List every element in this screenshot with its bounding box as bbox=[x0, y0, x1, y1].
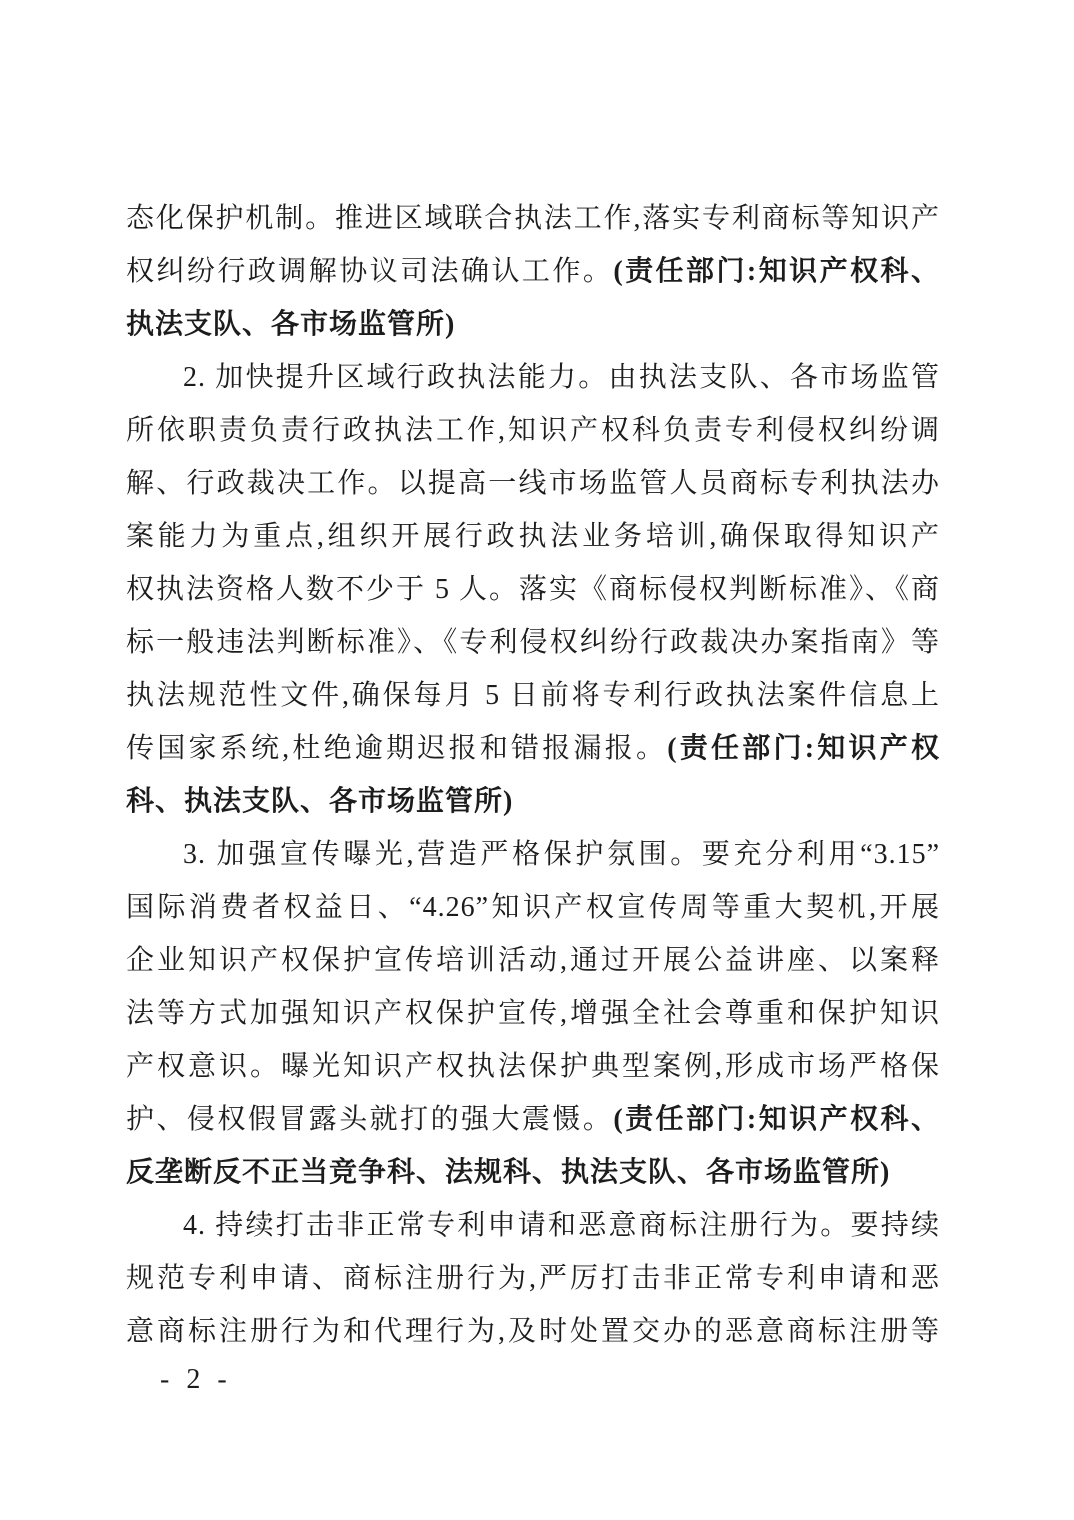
body-text: 执法规范性文件,确保每月 5 日前将专利行政执法案件信息上 bbox=[126, 680, 940, 711]
text-line: 案能力为重点,组织开展行政执法业务培训,确保取得知识产 bbox=[126, 510, 940, 563]
text-line: 态化保护机制。推进区域联合执法工作,落实专利商标等知识产 bbox=[126, 192, 940, 245]
body-text: 2. 加快提升区域行政执法能力。由执法支队、各市场监管 bbox=[183, 362, 940, 393]
text-line: 科、执法支队、各市场监管所) bbox=[126, 775, 940, 828]
body-text: 规范专利申请、商标注册行为,严厉打击非正常专利申请和恶 bbox=[126, 1263, 940, 1294]
text-line: 护、侵权假冒露头就打的强大震慑。(责任部门:知识产权科、 bbox=[126, 1093, 940, 1146]
text-line: 执法规范性文件,确保每月 5 日前将专利行政执法案件信息上 bbox=[126, 669, 940, 722]
text-line: 执法支队、各市场监管所) bbox=[126, 298, 940, 351]
body-text: 护、侵权假冒露头就打的强大震慑。 bbox=[126, 1104, 613, 1135]
text-line: 意商标注册行为和代理行为,及时处置交办的恶意商标注册等 bbox=[126, 1305, 940, 1358]
body-text: 案能力为重点,组织开展行政执法业务培训,确保取得知识产 bbox=[126, 521, 940, 552]
responsible-department-text: (责任部门:知识产权科、 bbox=[613, 1104, 940, 1135]
document-body: 态化保护机制。推进区域联合执法工作,落实专利商标等知识产权纠纷行政调解协议司法确… bbox=[126, 192, 940, 1358]
text-line: 权执法资格人数不少于 5 人。落实《商标侵权判断标准》、《商 bbox=[126, 563, 940, 616]
responsible-department-text: (责任部门:知识产权科、 bbox=[613, 256, 940, 287]
body-text: 国际消费者权益日、“4.26”知识产权宣传周等重大契机,开展 bbox=[126, 892, 940, 923]
text-line: 法等方式加强知识产权保护宣传,增强全社会尊重和保护知识 bbox=[126, 987, 940, 1040]
text-line: 权纠纷行政调解协议司法确认工作。(责任部门:知识产权科、 bbox=[126, 245, 940, 298]
text-line: 解、行政裁决工作。以提高一线市场监管人员商标专利执法办 bbox=[126, 457, 940, 510]
body-text: 法等方式加强知识产权保护宣传,增强全社会尊重和保护知识 bbox=[126, 998, 940, 1029]
body-text: 产权意识。曝光知识产权执法保护典型案例,形成市场严格保 bbox=[126, 1051, 940, 1082]
responsible-department-text: (责任部门:知识产权 bbox=[667, 733, 940, 764]
text-line: 规范专利申请、商标注册行为,严厉打击非正常专利申请和恶 bbox=[126, 1252, 940, 1305]
responsible-department-text: 科、执法支队、各市场监管所) bbox=[126, 786, 513, 817]
text-line: 国际消费者权益日、“4.26”知识产权宣传周等重大契机,开展 bbox=[126, 881, 940, 934]
document-page: 态化保护机制。推进区域联合执法工作,落实专利商标等知识产权纠纷行政调解协议司法确… bbox=[0, 0, 1074, 1520]
page-number: - 2 - bbox=[160, 1362, 232, 1398]
text-line: 反垄断反不正当竞争科、法规科、执法支队、各市场监管所) bbox=[126, 1146, 940, 1199]
body-text: 企业知识产权保护宣传培训活动,通过开展公益讲座、以案释 bbox=[126, 945, 940, 976]
body-text: 权执法资格人数不少于 5 人。落实《商标侵权判断标准》、《商 bbox=[126, 574, 940, 605]
body-text: 意商标注册行为和代理行为,及时处置交办的恶意商标注册等 bbox=[126, 1316, 940, 1347]
responsible-department-text: 执法支队、各市场监管所) bbox=[126, 309, 455, 340]
body-text: 态化保护机制。推进区域联合执法工作,落实专利商标等知识产 bbox=[126, 203, 940, 234]
text-line: 企业知识产权保护宣传培训活动,通过开展公益讲座、以案释 bbox=[126, 934, 940, 987]
body-text: 传国家系统,杜绝逾期迟报和错报漏报。 bbox=[126, 733, 667, 764]
body-text: 标一般违法判断标准》、《专利侵权纠纷行政裁决办案指南》等 bbox=[126, 627, 940, 658]
text-line: 3. 加强宣传曝光,营造严格保护氛围。要充分利用“3.15” bbox=[126, 828, 940, 881]
text-line: 产权意识。曝光知识产权执法保护典型案例,形成市场严格保 bbox=[126, 1040, 940, 1093]
text-line: 标一般违法判断标准》、《专利侵权纠纷行政裁决办案指南》等 bbox=[126, 616, 940, 669]
body-text: 3. 加强宣传曝光,营造严格保护氛围。要充分利用“3.15” bbox=[183, 839, 940, 870]
body-text: 权纠纷行政调解协议司法确认工作。 bbox=[126, 256, 613, 287]
text-line: 所依职责负责行政执法工作,知识产权科负责专利侵权纠纷调 bbox=[126, 404, 940, 457]
text-line: 4. 持续打击非正常专利申请和恶意商标注册行为。要持续 bbox=[126, 1199, 940, 1252]
body-text: 解、行政裁决工作。以提高一线市场监管人员商标专利执法办 bbox=[126, 468, 940, 499]
body-text: 4. 持续打击非正常专利申请和恶意商标注册行为。要持续 bbox=[183, 1210, 940, 1241]
text-line: 传国家系统,杜绝逾期迟报和错报漏报。(责任部门:知识产权 bbox=[126, 722, 940, 775]
responsible-department-text: 反垄断反不正当竞争科、法规科、执法支队、各市场监管所) bbox=[126, 1157, 890, 1188]
text-line: 2. 加快提升区域行政执法能力。由执法支队、各市场监管 bbox=[126, 351, 940, 404]
body-text: 所依职责负责行政执法工作,知识产权科负责专利侵权纠纷调 bbox=[126, 415, 940, 446]
